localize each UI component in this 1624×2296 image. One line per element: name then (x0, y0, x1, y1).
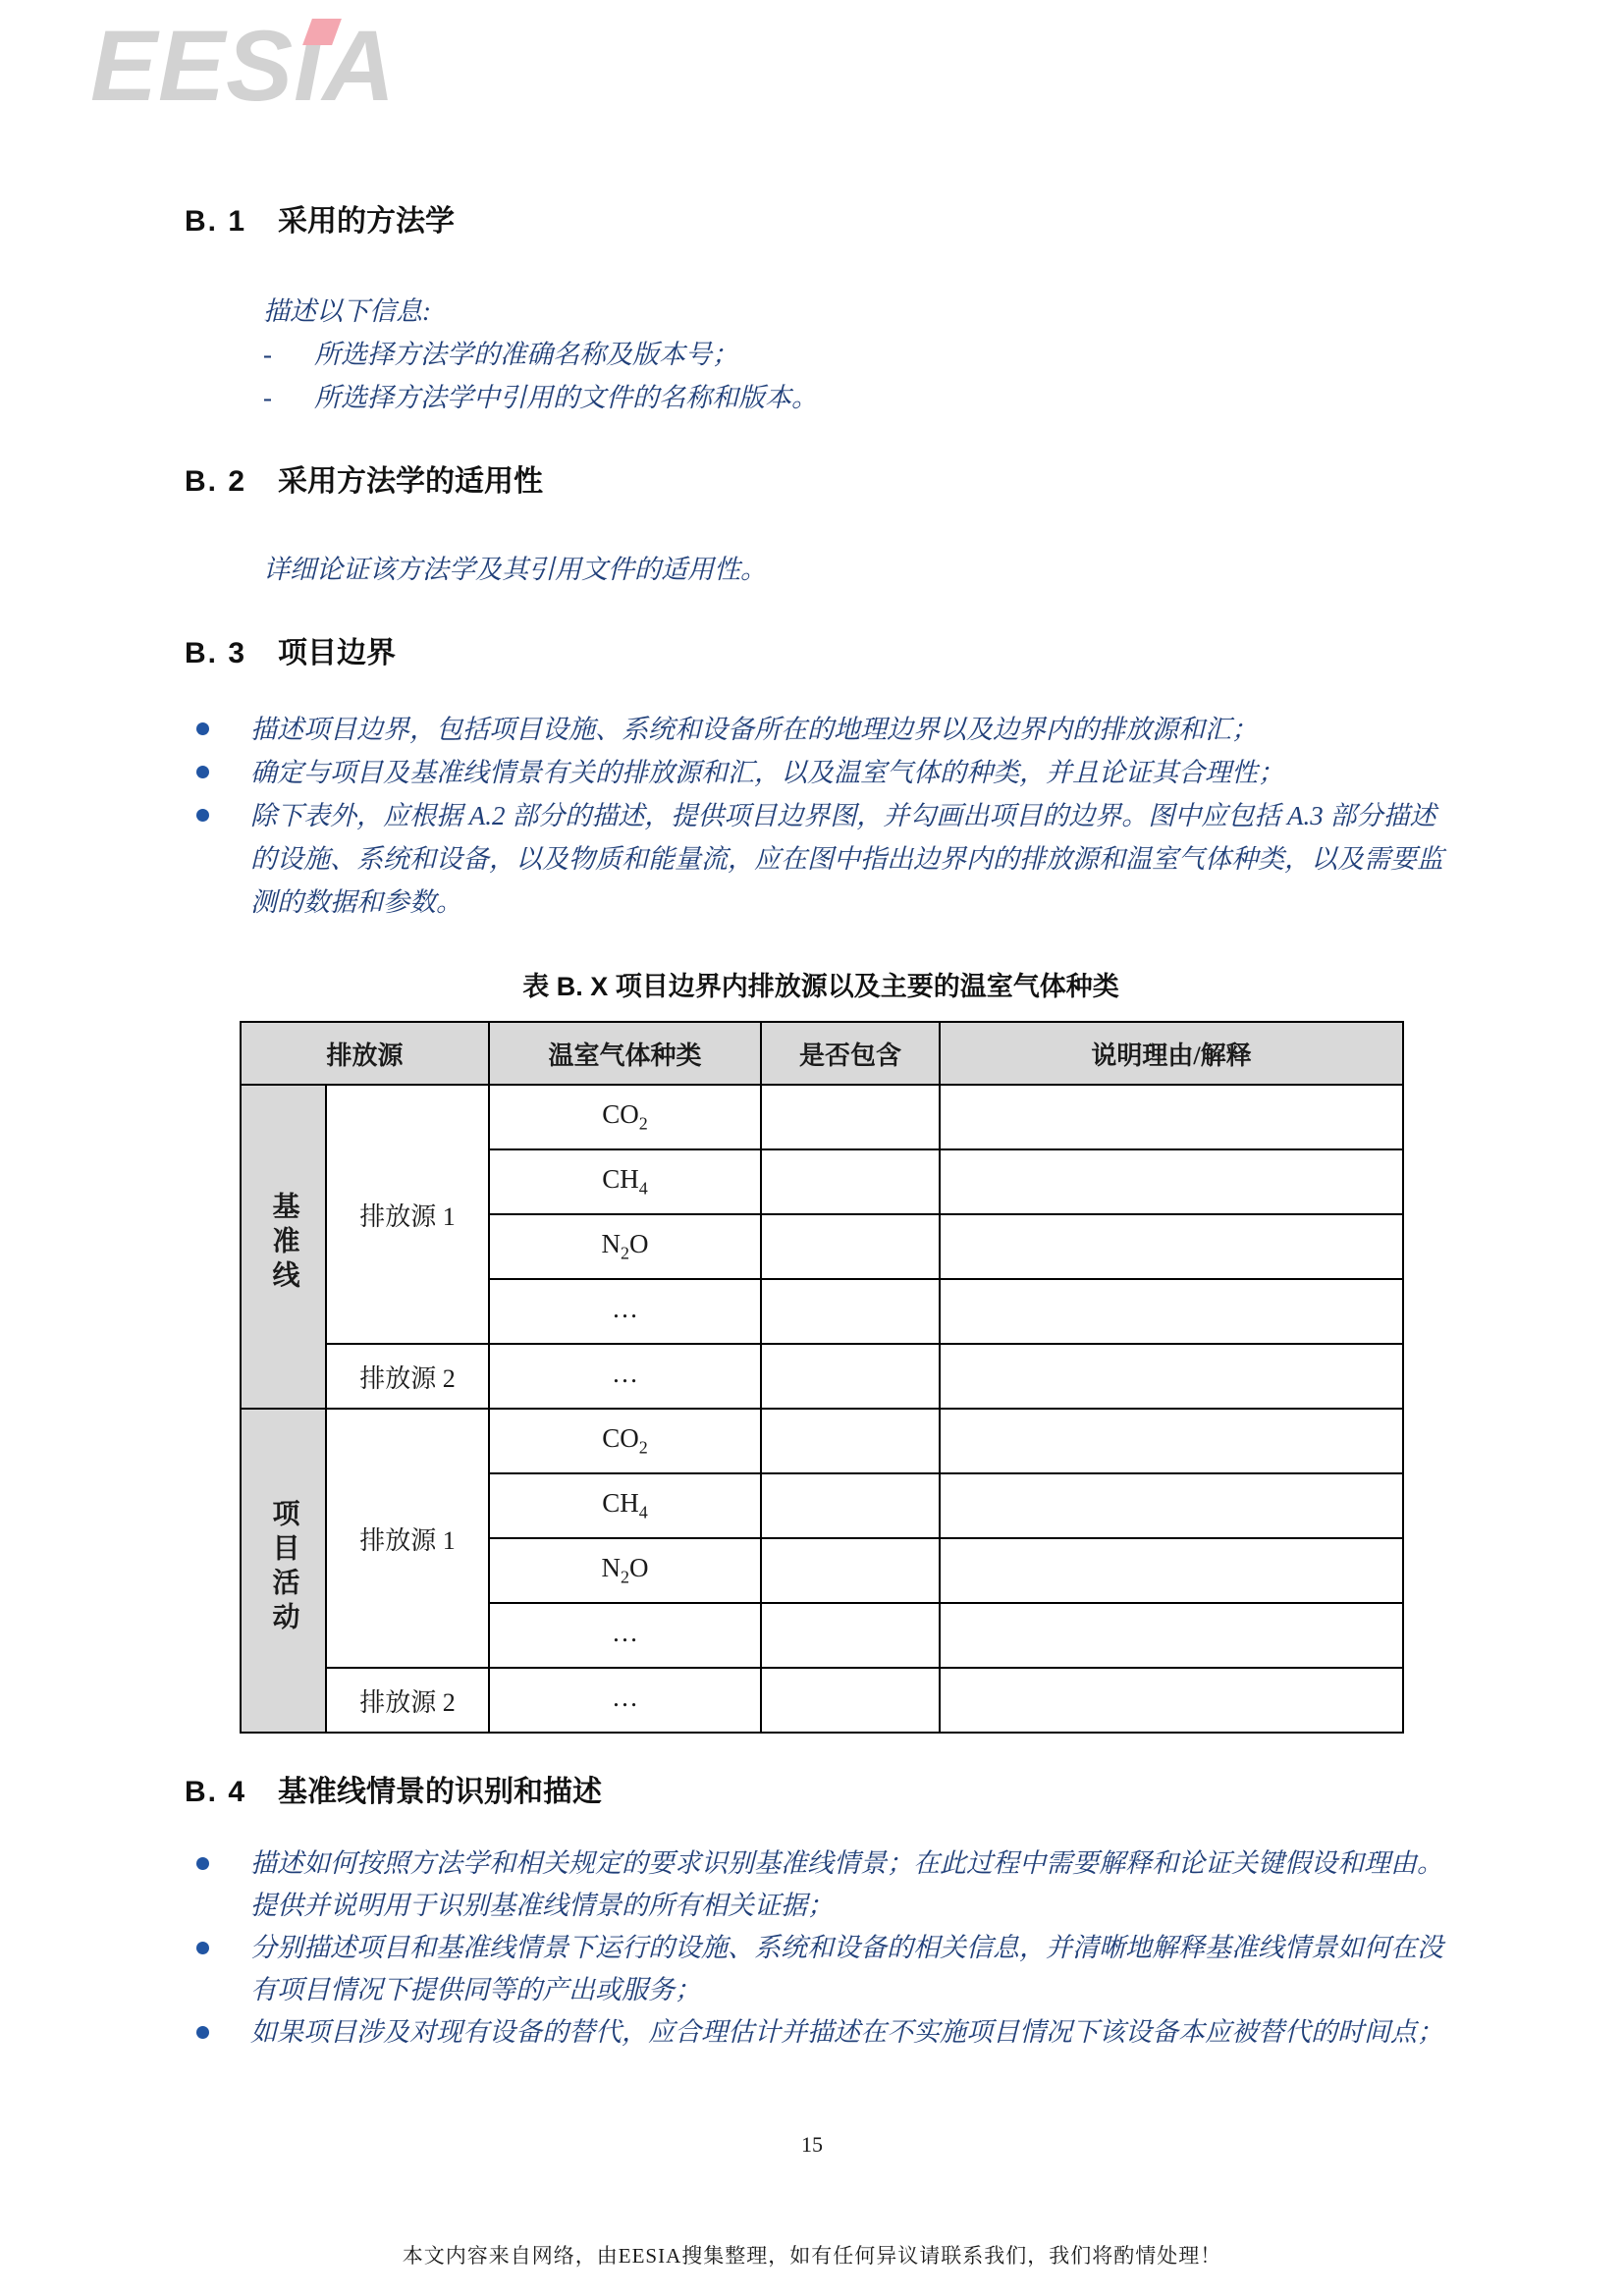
section-number: B. 1 (185, 201, 246, 242)
group-label: 项目活动 (264, 1499, 303, 1636)
gas-cell: … (489, 1668, 761, 1733)
bullet-item: 除下表外，应根据 A.2 部分的描述，提供项目边界图，并勾画出项目的边界。图中应… (185, 794, 1451, 924)
document-page: EESIA B. 1 采用的方法学 描述以下信息: - 所选择方法学的准确名称及… (0, 0, 1624, 2296)
dash-item-text: 所选择方法学的准确名称及版本号； (314, 333, 738, 376)
table-caption: 表 B. X 项目边界内排放源以及主要的温室气体种类 (240, 970, 1402, 1003)
section-title: 采用方法学的适用性 (278, 461, 543, 503)
table-row: 排放源 2 … (241, 1668, 1403, 1733)
bullet-text: 确定与项目及基准线情景有关的排放源和汇，以及温室气体的种类，并且论证其合理性； (250, 751, 1451, 794)
bullet-icon (196, 809, 209, 822)
logo-text-left: EES (90, 10, 294, 122)
b1-dash-item: - 所选择方法学中引用的文件的名称和版本。 (263, 376, 1451, 419)
source-cell: 排放源 2 (326, 1344, 489, 1409)
included-cell (761, 1344, 940, 1409)
included-cell (761, 1603, 940, 1668)
bullet-item: 确定与项目及基准线情景有关的排放源和汇，以及温室气体的种类，并且论证其合理性； (185, 751, 1451, 794)
header-reason: 说明理由/解释 (940, 1022, 1403, 1085)
bullet-item: 分别描述项目和基准线情景下运行的设施、系统和设备的相关信息，并清晰地解释基准线情… (185, 1927, 1451, 2011)
reason-cell (940, 1149, 1403, 1214)
emission-sources-table: 排放源 温室气体种类 是否包含 说明理由/解释 基准线 排放源 1 CO2 CH… (240, 1021, 1404, 1734)
section-b2: B. 2 采用方法学的适用性 详细论证该方法学及其引用文件的适用性。 (185, 461, 1451, 591)
section-title: 基准线情景的识别和描述 (278, 1772, 602, 1813)
section-title: 项目边界 (278, 633, 396, 674)
section-number: B. 2 (185, 461, 246, 503)
gas-cell: CH4 (489, 1473, 761, 1538)
bullet-item: 描述项目边界，包括项目设施、系统和设备所在的地理边界以及边界内的排放源和汇； (185, 708, 1451, 751)
b4-bullet-list: 描述如何按照方法学和相关规定的要求识别基准线情景；在此过程中需要解释和论证关键假… (185, 1842, 1451, 2054)
b1-intro: 描述以下信息: (263, 290, 1451, 333)
reason-cell (940, 1538, 1403, 1603)
section-b2-heading: B. 2 采用方法学的适用性 (185, 461, 1451, 503)
table-row: 基准线 排放源 1 CO2 (241, 1085, 1403, 1149)
included-cell (761, 1279, 940, 1344)
source-cell: 排放源 1 (326, 1085, 489, 1344)
table-header-row: 排放源 温室气体种类 是否包含 说明理由/解释 (241, 1022, 1403, 1085)
reason-cell (940, 1085, 1403, 1149)
section-b3: B. 3 项目边界 描述项目边界，包括项目设施、系统和设备所在的地理边界以及边界… (185, 633, 1451, 924)
bullet-icon (196, 1942, 209, 1954)
bullet-item: 描述如何按照方法学和相关规定的要求识别基准线情景；在此过程中需要解释和论证关键假… (185, 1842, 1451, 1927)
group-label: 基准线 (264, 1192, 303, 1295)
source-cell: 排放源 1 (326, 1409, 489, 1668)
b1-dash-item: - 所选择方法学的准确名称及版本号； (263, 333, 1451, 376)
section-b3-heading: B. 3 项目边界 (185, 633, 1451, 674)
reason-cell (940, 1409, 1403, 1473)
table-row: 排放源 2 … (241, 1344, 1403, 1409)
section-b1: B. 1 采用的方法学 描述以下信息: - 所选择方法学的准确名称及版本号； -… (185, 201, 1451, 419)
group-cell-project: 项目活动 (241, 1409, 326, 1733)
b2-paragraph: 详细论证该方法学及其引用文件的适用性。 (263, 548, 1451, 591)
bullet-icon (196, 766, 209, 778)
gas-cell: … (489, 1603, 761, 1668)
gas-cell: … (489, 1344, 761, 1409)
dash-marker: - (263, 333, 314, 376)
section-b4: B. 4 基准线情景的识别和描述 描述如何按照方法学和相关规定的要求识别基准线情… (185, 1772, 1451, 2054)
included-cell (761, 1214, 940, 1279)
bullet-icon (196, 2026, 209, 2039)
footer-note: 本文内容来自网络，由EESIA搜集整理，如有任何异议请联系我们，我们将酌情处理！ (0, 2240, 1624, 2269)
eesia-logo: EESIA (90, 16, 396, 116)
header-included: 是否包含 (761, 1022, 940, 1085)
source-cell: 排放源 2 (326, 1668, 489, 1733)
reason-cell (940, 1668, 1403, 1733)
page-number: 15 (0, 2132, 1624, 2158)
gas-cell: CH4 (489, 1149, 761, 1214)
group-cell-baseline: 基准线 (241, 1085, 326, 1409)
reason-cell (940, 1214, 1403, 1279)
bullet-icon (196, 1857, 209, 1870)
bullet-text: 除下表外，应根据 A.2 部分的描述，提供项目边界图，并勾画出项目的边界。图中应… (250, 794, 1451, 924)
table-row: 项目活动 排放源 1 CO2 (241, 1409, 1403, 1473)
included-cell (761, 1409, 940, 1473)
bullet-text: 描述项目边界，包括项目设施、系统和设备所在的地理边界以及边界内的排放源和汇； (250, 708, 1451, 751)
section-number: B. 4 (185, 1772, 246, 1813)
gas-cell: N2O (489, 1538, 761, 1603)
gas-cell: CO2 (489, 1085, 761, 1149)
dash-marker: - (263, 376, 314, 419)
bullet-text: 如果项目涉及对现有设备的替代，应合理估计并描述在不实施项目情况下该设备本应被替代… (250, 2011, 1451, 2054)
bullet-text: 描述如何按照方法学和相关规定的要求识别基准线情景；在此过程中需要解释和论证关键假… (250, 1842, 1451, 1927)
logo-letter-i: I (294, 16, 322, 116)
gas-cell: N2O (489, 1214, 761, 1279)
reason-cell (940, 1279, 1403, 1344)
bullet-text: 分别描述项目和基准线情景下运行的设施、系统和设备的相关信息，并清晰地解释基准线情… (250, 1927, 1451, 2011)
header-gas: 温室气体种类 (489, 1022, 761, 1085)
header-source: 排放源 (241, 1022, 489, 1085)
section-b1-heading: B. 1 采用的方法学 (185, 201, 1451, 242)
reason-cell (940, 1473, 1403, 1538)
section-b4-heading: B. 4 基准线情景的识别和描述 (185, 1772, 1451, 1813)
bullet-icon (196, 722, 209, 735)
b3-bullet-list: 描述项目边界，包括项目设施、系统和设备所在的地理边界以及边界内的排放源和汇； 确… (185, 708, 1451, 924)
bullet-item: 如果项目涉及对现有设备的替代，应合理估计并描述在不实施项目情况下该设备本应被替代… (185, 2011, 1451, 2054)
section-title: 采用的方法学 (278, 201, 455, 242)
gas-cell: … (489, 1279, 761, 1344)
gas-cell: CO2 (489, 1409, 761, 1473)
reason-cell (940, 1344, 1403, 1409)
included-cell (761, 1085, 940, 1149)
included-cell (761, 1668, 940, 1733)
reason-cell (940, 1603, 1403, 1668)
included-cell (761, 1149, 940, 1214)
included-cell (761, 1538, 940, 1603)
dash-item-text: 所选择方法学中引用的文件的名称和版本。 (314, 376, 818, 419)
section-number: B. 3 (185, 633, 246, 674)
table-section: 表 B. X 项目边界内排放源以及主要的温室气体种类 排放源 温室气体种类 是否… (240, 970, 1402, 1734)
included-cell (761, 1473, 940, 1538)
